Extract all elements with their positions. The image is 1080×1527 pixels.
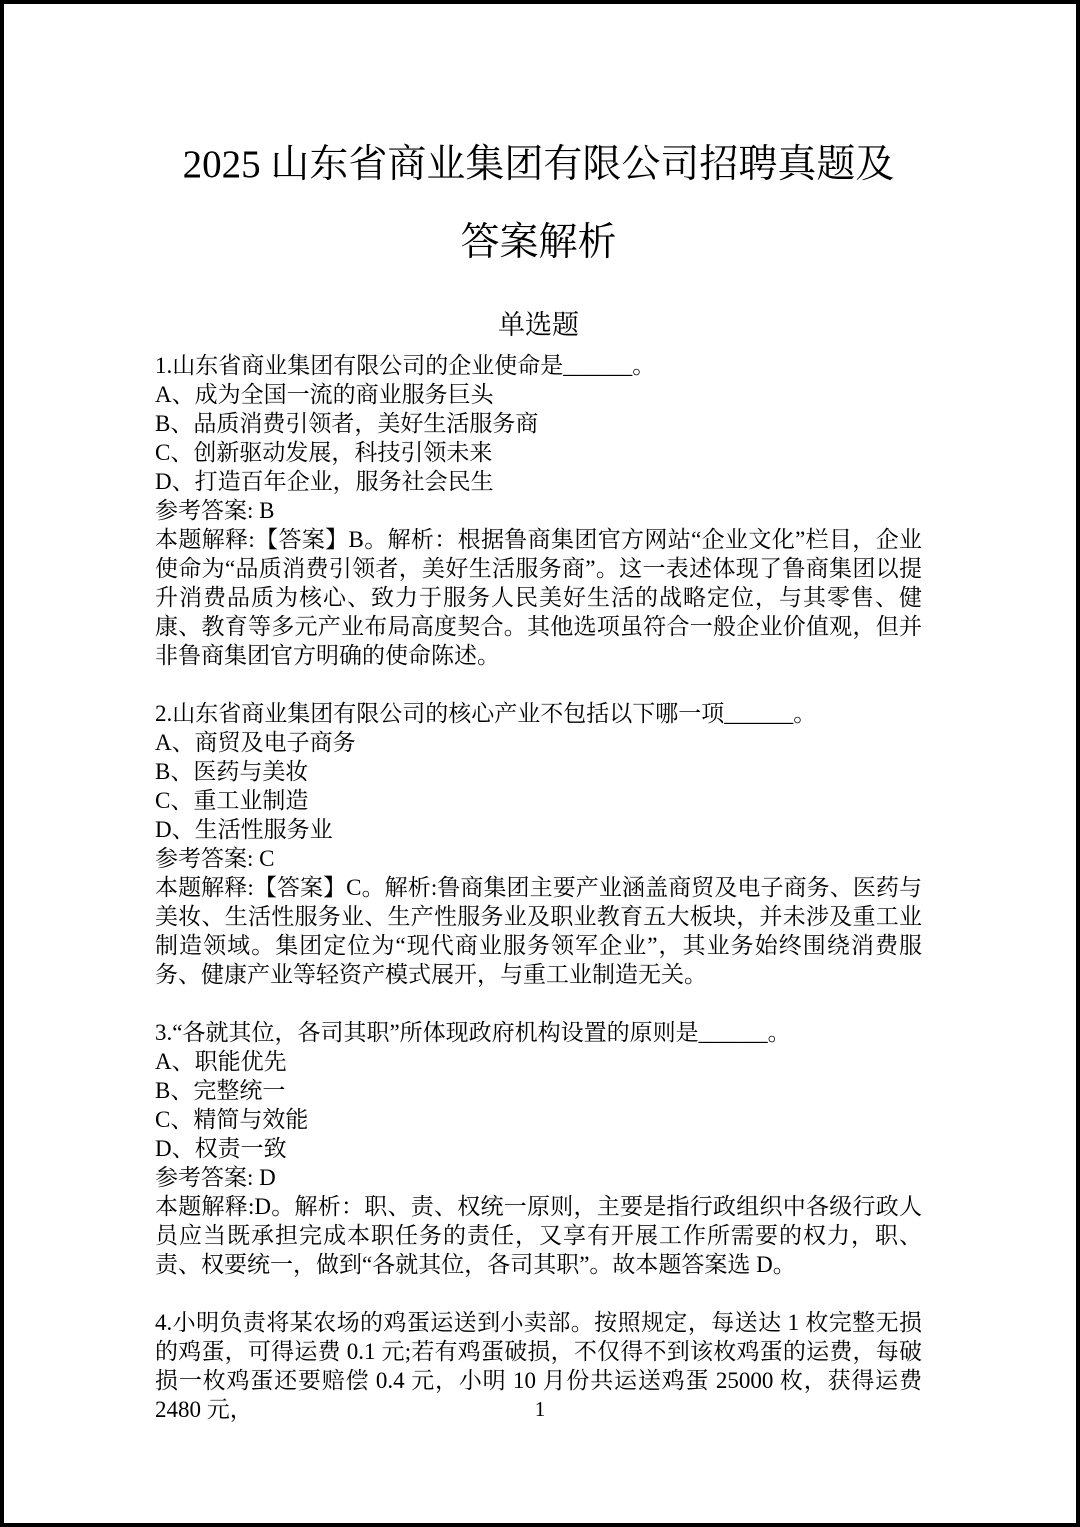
title-line-1: 2025 山东省商业集团有限公司招聘真题及 bbox=[183, 143, 895, 186]
question-2-option-a: A、商贸及电子商务 bbox=[155, 728, 922, 757]
question-2-explanation: 本题解释:【答案】C。解析:鲁商集团主要产业涵盖商贸及电子商务、医药与美妆、生活… bbox=[155, 873, 922, 989]
question-1-option-d: D、打造百年企业，服务社会民生 bbox=[155, 467, 922, 496]
question-3-explanation: 本题解释:D。解析：职、责、权统一原则，主要是指行政组织中各级行政人员应当既承担… bbox=[155, 1192, 922, 1279]
question-block-1: 1.山东省商业集团有限公司的企业使命是______。 A、成为全国一流的商业服务… bbox=[155, 351, 922, 670]
question-1-answer: 参考答案: B bbox=[155, 496, 922, 525]
question-3-option-a: A、职能优先 bbox=[155, 1047, 922, 1076]
question-1-option-a: A、成为全国一流的商业服务巨头 bbox=[155, 380, 922, 409]
question-2-option-b: B、医药与美妆 bbox=[155, 757, 922, 786]
question-1-option-b: B、品质消费引领者，美好生活服务商 bbox=[155, 409, 922, 438]
question-2-text: 2.山东省商业集团有限公司的核心产业不包括以下哪一项______。 bbox=[155, 699, 922, 728]
question-3-text: 3.“各就其位，各司其职”所体现政府机构设置的原则是______。 bbox=[155, 1018, 922, 1047]
question-2-option-c: C、重工业制造 bbox=[155, 786, 922, 815]
question-3-option-b: B、完整统一 bbox=[155, 1076, 922, 1105]
section-heading: 单选题 bbox=[155, 305, 922, 345]
question-2-option-d: D、生活性服务业 bbox=[155, 815, 922, 844]
question-3-answer: 参考答案: D bbox=[155, 1163, 922, 1192]
question-1-option-c: C、创新驱动发展，科技引领未来 bbox=[155, 438, 922, 467]
question-1-explanation: 本题解释:【答案】B。解析：根据鲁商集团官方网站“企业文化”栏目，企业使命为“品… bbox=[155, 525, 922, 670]
question-block-3: 3.“各就其位，各司其职”所体现政府机构设置的原则是______。 A、职能优先… bbox=[155, 1018, 922, 1279]
question-block-2: 2.山东省商业集团有限公司的核心产业不包括以下哪一项______。 A、商贸及电… bbox=[155, 699, 922, 989]
document-title: 2025 山东省商业集团有限公司招聘真题及答案解析 bbox=[155, 126, 922, 282]
document-page: 2025 山东省商业集团有限公司招聘真题及答案解析 单选题 1.山东省商业集团有… bbox=[0, 0, 1080, 1527]
question-3-option-d: D、权责一致 bbox=[155, 1134, 922, 1163]
question-3-option-c: C、精简与效能 bbox=[155, 1105, 922, 1134]
title-line-2: 答案解析 bbox=[460, 221, 616, 264]
page-number: 1 bbox=[4, 1396, 1076, 1422]
question-2-answer: 参考答案: C bbox=[155, 844, 922, 873]
question-1-text: 1.山东省商业集团有限公司的企业使命是______。 bbox=[155, 351, 922, 380]
page-content: 2025 山东省商业集团有限公司招聘真题及答案解析 单选题 1.山东省商业集团有… bbox=[4, 4, 1076, 1424]
